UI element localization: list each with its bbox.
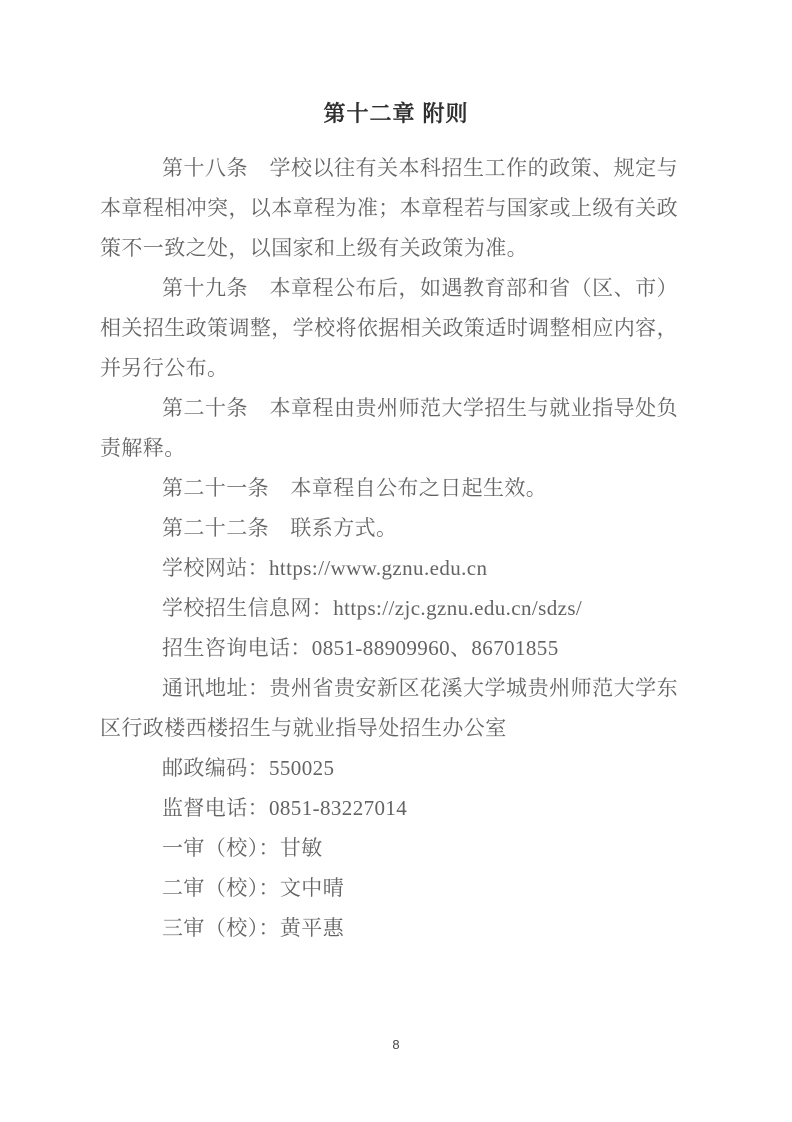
article-22: 第二十二条 联系方式。 [100,508,678,548]
article-20: 第二十条 本章程由贵州师范大学招生与就业指导处负责解释。 [100,388,678,468]
paragraphs: 第十八条 学校以往有关本科招生工作的政策、规定与本章程相冲突，以本章程为准；本章… [100,148,678,948]
third-review: 三审（校）：黄平惠 [100,908,678,948]
page-number: 8 [0,1036,792,1054]
admissions-info-website: 学校招生信息网：https://zjc.gznu.edu.cn/sdzs/ [100,588,678,628]
admissions-consult-phone: 招生咨询电话：0851-88909960、86701855 [100,628,678,668]
postal-code: 邮政编码：550025 [100,748,678,788]
mailing-address: 通讯地址：贵州省贵安新区花溪大学城贵州师范大学东区行政楼西楼招生与就业指导处招生… [100,668,678,748]
article-21: 第二十一条 本章程自公布之日起生效。 [100,468,678,508]
document-page: 第十二章 附则 第十八条 学校以往有关本科招生工作的政策、规定与本章程相冲突，以… [0,0,792,1122]
first-review: 一审（校）：甘敏 [100,828,678,868]
supervision-phone: 监督电话：0851-83227014 [100,788,678,828]
second-review: 二审（校）：文中晴 [100,868,678,908]
chapter-title: 第十二章 附则 [0,100,792,127]
article-18: 第十八条 学校以往有关本科招生工作的政策、规定与本章程相冲突，以本章程为准；本章… [100,148,678,268]
article-19: 第十九条 本章程公布后，如遇教育部和省（区、市）相关招生政策调整，学校将依据相关… [100,268,678,388]
school-website: 学校网站：https://www.gznu.edu.cn [100,548,678,588]
